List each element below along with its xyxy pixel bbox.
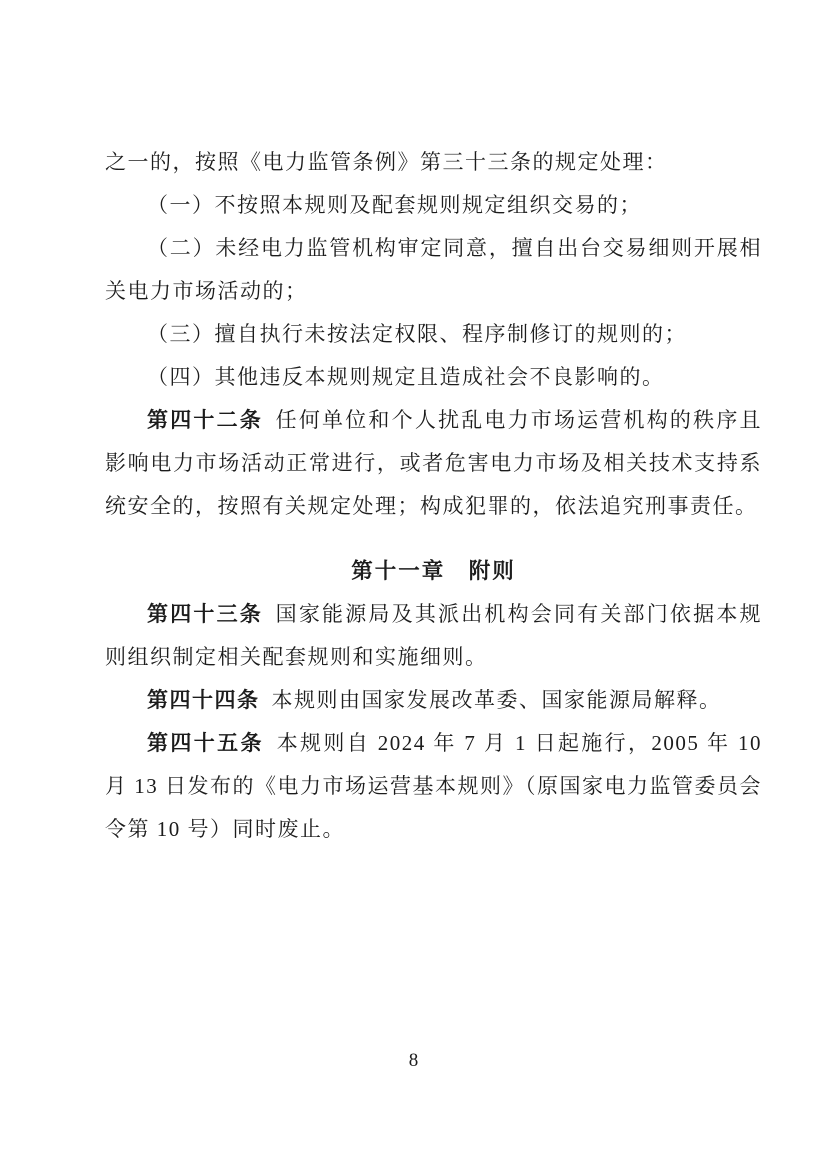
document-body: 之一的，按照《电力监管条例》第三十三条的规定处理：（一）不按照本规则及配套规则规… <box>105 141 762 851</box>
text-run: （二）未经电力监管机构审定同意，擅自出台交易细则开展相关电力市场活动的； <box>105 236 762 303</box>
text-run: （三）擅自执行未按法定权限、程序制修订的规则的； <box>147 322 687 346</box>
article-42: 第四十二条 任何单位和个人扰乱电力市场运营机构的秩序且影响电力市场活动正常进行，… <box>105 399 762 528</box>
list-item-1: （一）不按照本规则及配套规则规定组织交易的； <box>105 184 762 227</box>
text-run: 本规则由国家发展改革委、国家能源局解释。 <box>260 688 722 712</box>
list-item-2: （二）未经电力监管机构审定同意，擅自出台交易细则开展相关电力市场活动的； <box>105 227 762 313</box>
page-footer: 8 <box>0 1050 827 1072</box>
article-44: 第四十四条 本规则由国家发展改革委、国家能源局解释。 <box>105 679 762 722</box>
para-continuation: 之一的，按照《电力监管条例》第三十三条的规定处理： <box>105 141 762 184</box>
article-43: 第四十三条 国家能源局及其派出机构会同有关部门依据本规则组织制定相关配套规则和实… <box>105 593 762 679</box>
text-run: （一）不按照本规则及配套规则规定组织交易的； <box>147 193 642 217</box>
text-run: （四）其他违反本规则规定且造成社会不良影响的。 <box>147 365 665 389</box>
article-number: 第四十五条 <box>147 732 264 755</box>
chapter-title-text: 第十一章 附则 <box>351 559 516 583</box>
page-number: 8 <box>409 1050 419 1071</box>
list-item-4: （四）其他违反本规则规定且造成社会不良影响的。 <box>105 356 762 399</box>
article-number: 第四十三条 <box>147 603 263 626</box>
text-run: 之一的，按照《电力监管条例》第三十三条的规定处理： <box>105 150 668 174</box>
article-45: 第四十五条 本规则自 2024 年 7 月 1 日起施行，2005 年 10 月… <box>105 722 762 851</box>
article-number: 第四十四条 <box>147 689 260 712</box>
document-page: 之一的，按照《电力监管条例》第三十三条的规定处理：（一）不按照本规则及配套规则规… <box>0 0 827 1169</box>
list-item-3: （三）擅自执行未按法定权限、程序制修订的规则的； <box>105 313 762 356</box>
chapter-11-heading: 第十一章 附则 <box>105 550 762 593</box>
article-number: 第四十二条 <box>147 409 263 432</box>
